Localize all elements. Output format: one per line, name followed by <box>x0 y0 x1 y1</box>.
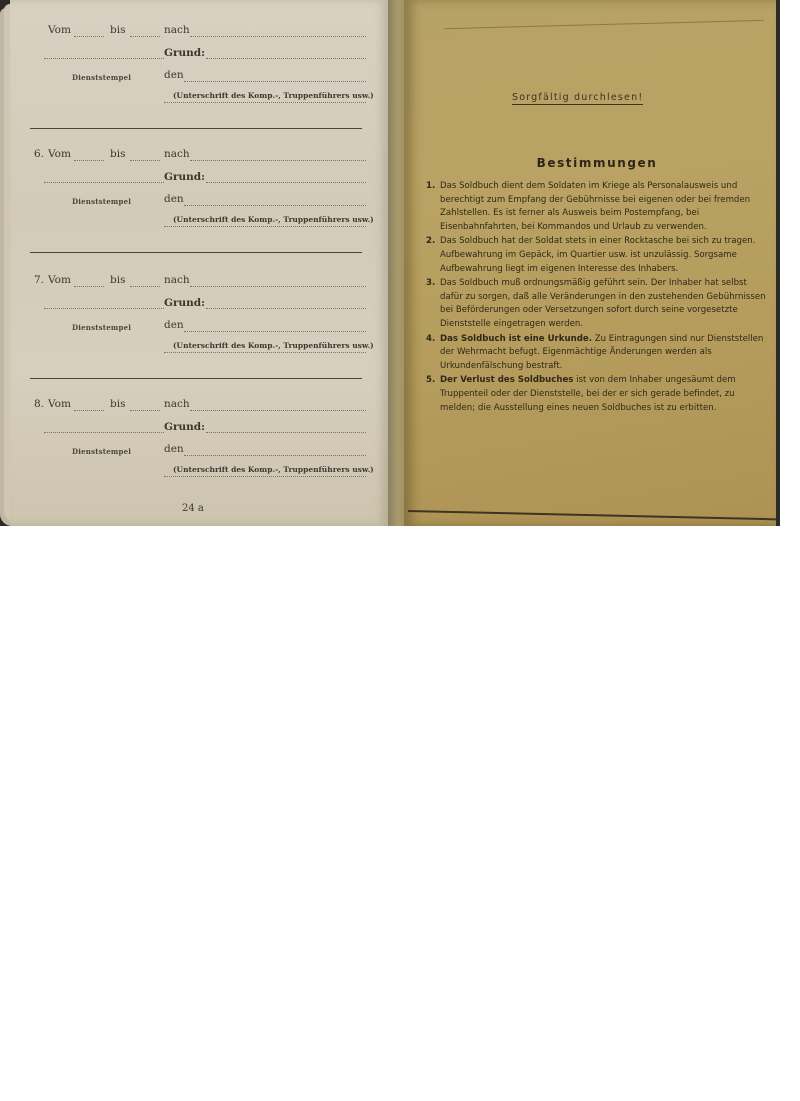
grund-label: Grund: <box>164 421 205 433</box>
vom-label: Vom <box>48 148 71 160</box>
signature-caption: (Unterschrift des Komp.-, Truppenführers… <box>173 465 374 474</box>
den-label: den <box>164 69 184 81</box>
reason-prefix-field[interactable] <box>44 182 164 183</box>
nach-field[interactable] <box>190 36 366 37</box>
grund-field[interactable] <box>206 182 366 183</box>
den-field[interactable] <box>184 81 366 82</box>
regulations-list: 1.Das Soldbuch dient dem Soldaten im Kri… <box>426 180 766 416</box>
nach-label: nach <box>164 398 190 410</box>
nach-field[interactable] <box>190 410 366 411</box>
section-divider <box>30 378 362 379</box>
regulation-item: 2.Das Soldbuch hat der Soldat stets in e… <box>426 235 766 276</box>
vom-label: Vom <box>48 274 71 286</box>
bis-field[interactable] <box>130 286 160 287</box>
scanned-soldbuch-spread: VombisnachGrund:denDienststempel(Untersc… <box>0 0 780 526</box>
regulation-number: 2. <box>426 235 435 249</box>
entry-number: 7. <box>34 274 44 286</box>
vom-field[interactable] <box>74 36 104 37</box>
regulation-item: 5.Der Verlust des Soldbuches ist von dem… <box>426 374 766 415</box>
grund-field[interactable] <box>206 308 366 309</box>
grund-label: Grund: <box>164 297 205 309</box>
den-label: den <box>164 319 184 331</box>
nach-label: nach <box>164 24 190 36</box>
section-divider <box>30 128 362 129</box>
official-stamp-label: Dienststempel <box>72 197 131 206</box>
bis-field[interactable] <box>130 160 160 161</box>
grund-field[interactable] <box>206 432 366 433</box>
signature-caption: (Unterschrift des Komp.-, Truppenführers… <box>173 91 374 100</box>
den-field[interactable] <box>184 205 366 206</box>
signature-field[interactable] <box>164 102 366 103</box>
vom-field[interactable] <box>74 160 104 161</box>
grund-label: Grund: <box>164 171 205 183</box>
vom-field[interactable] <box>74 410 104 411</box>
section-divider <box>30 252 362 253</box>
regulation-emphasis: Das Soldbuch ist eine Urkunde. <box>440 334 592 344</box>
regulation-emphasis: Der Verlust des Soldbuches <box>440 375 573 385</box>
den-field[interactable] <box>184 455 366 456</box>
den-field[interactable] <box>184 331 366 332</box>
nach-field[interactable] <box>190 286 366 287</box>
signature-field[interactable] <box>164 226 366 227</box>
bis-label: bis <box>110 148 125 160</box>
route-entry-block: 7.VombisnachGrund:denDienststempel(Unter… <box>30 268 374 386</box>
entry-number: 8. <box>34 398 44 410</box>
right-page: Sorgfältig durchlesen! Bestimmungen 1.Da… <box>404 0 776 526</box>
official-stamp-label: Dienststempel <box>72 323 131 332</box>
official-stamp-label: Dienststempel <box>72 447 131 456</box>
route-entry-block: 6.VombisnachGrund:denDienststempel(Unter… <box>30 142 374 260</box>
den-label: den <box>164 193 184 205</box>
regulation-number: 4. <box>426 333 435 347</box>
grund-field[interactable] <box>206 58 366 59</box>
regulation-item: 1.Das Soldbuch dient dem Soldaten im Kri… <box>426 180 766 234</box>
signature-field[interactable] <box>164 352 366 353</box>
signature-caption: (Unterschrift des Komp.-, Truppenführers… <box>173 215 374 224</box>
grund-label: Grund: <box>164 47 205 59</box>
bis-field[interactable] <box>130 410 160 411</box>
regulation-text: Das Soldbuch muß ordnungsmäßig geführt s… <box>440 278 766 329</box>
reason-prefix-field[interactable] <box>44 432 164 433</box>
regulation-text: Das Soldbuch dient dem Soldaten im Krieg… <box>440 181 750 232</box>
regulation-item: 4.Das Soldbuch ist eine Urkunde. Zu Eint… <box>426 333 766 374</box>
nach-label: nach <box>164 274 190 286</box>
nach-field[interactable] <box>190 160 366 161</box>
den-label: den <box>164 443 184 455</box>
bis-label: bis <box>110 24 125 36</box>
official-stamp-label: Dienststempel <box>72 73 131 82</box>
signature-field[interactable] <box>164 476 366 477</box>
route-entry-block: VombisnachGrund:denDienststempel(Untersc… <box>30 18 374 136</box>
bis-label: bis <box>110 274 125 286</box>
vom-label: Vom <box>48 24 71 36</box>
vom-label: Vom <box>48 398 71 410</box>
read-carefully-note: Sorgfältig durchlesen! <box>512 92 643 105</box>
entry-number: 6. <box>34 148 44 160</box>
left-page: VombisnachGrund:denDienststempel(Untersc… <box>10 0 391 526</box>
regulation-number: 5. <box>426 374 435 388</box>
bis-label: bis <box>110 398 125 410</box>
regulation-number: 1. <box>426 180 435 194</box>
regulations-title: Bestimmungen <box>404 156 776 170</box>
regulation-item: 3.Das Soldbuch muß ordnungsmäßig geführt… <box>426 277 766 331</box>
vom-field[interactable] <box>74 286 104 287</box>
route-entry-block: 8.VombisnachGrund:denDienststempel(Unter… <box>30 392 374 510</box>
regulation-text: Das Soldbuch hat der Soldat stets in ein… <box>440 236 755 273</box>
nach-label: nach <box>164 148 190 160</box>
reason-prefix-field[interactable] <box>44 58 164 59</box>
reason-prefix-field[interactable] <box>44 308 164 309</box>
regulation-number: 3. <box>426 277 435 291</box>
bis-field[interactable] <box>130 36 160 37</box>
signature-caption: (Unterschrift des Komp.-, Truppenführers… <box>173 341 374 350</box>
page-number: 24 a <box>182 503 204 514</box>
